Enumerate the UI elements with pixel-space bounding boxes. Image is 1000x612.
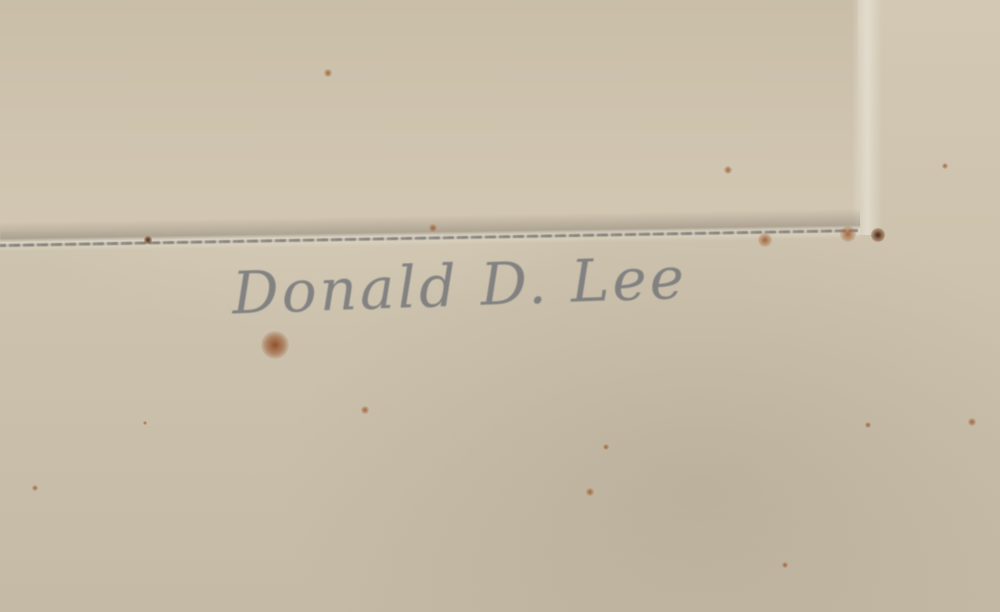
foxing-spot (758, 233, 772, 247)
foxing-spot (942, 163, 948, 169)
foxing-spot (782, 562, 788, 568)
foxing-spot (324, 69, 332, 77)
foxing-spot (968, 418, 976, 426)
plate-mark-right-edge (852, 0, 882, 235)
aged-paper-photo: Donald D. Lee (0, 0, 1000, 612)
foxing-spot (865, 422, 871, 428)
foxing-spot (144, 236, 152, 244)
plate-impression-area (0, 0, 858, 232)
foxing-spot (724, 166, 732, 174)
foxing-spot (840, 226, 856, 242)
foxing-spot (871, 228, 885, 242)
foxing-spot (429, 224, 437, 232)
foxing-spot (143, 421, 147, 425)
foxing-spot (32, 485, 38, 491)
foxing-spot (261, 331, 289, 359)
foxing-spot (603, 444, 609, 450)
foxing-spot (586, 488, 594, 496)
foxing-spot (361, 406, 369, 414)
